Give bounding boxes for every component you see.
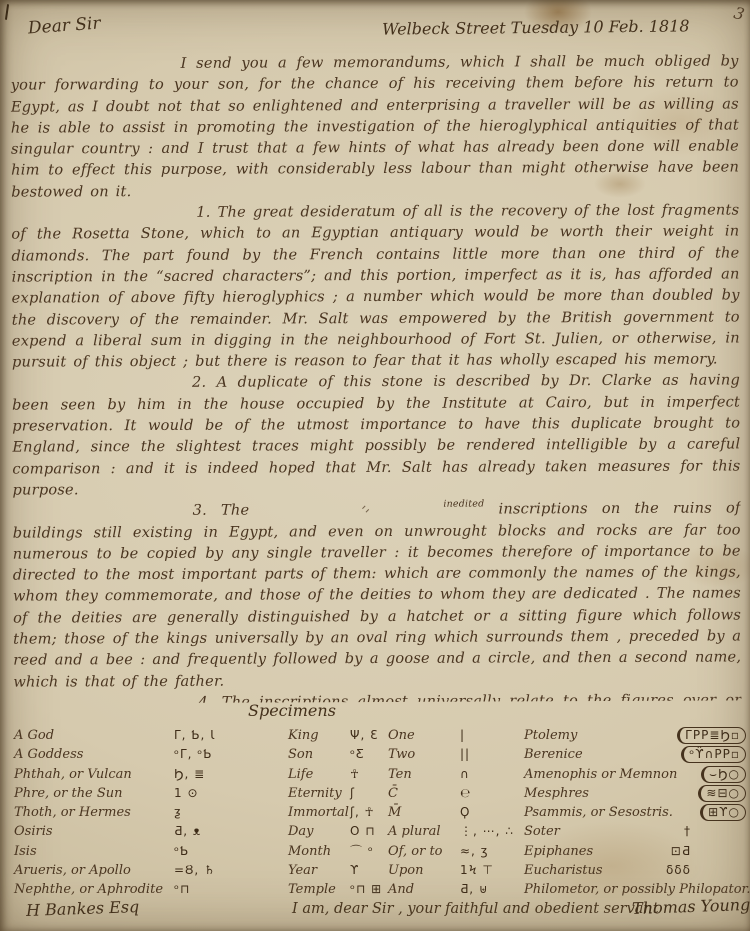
specimen-row: Of, or to≈, ʒ xyxy=(388,842,518,861)
cartouche-hieroglyphs: ᵒϔ∩ΡΡ▫ xyxy=(681,746,746,763)
specimen-label: Son xyxy=(288,745,350,764)
hieroglyph-specimen: ☥ xyxy=(350,765,360,784)
hieroglyph-specimen: ʃ, ☥ xyxy=(350,803,375,822)
hieroglyph-specimen: Ƌ, ⊎ xyxy=(460,880,489,899)
signature: Thomas Young xyxy=(632,895,750,918)
specimen-row: A GoddessᵒΓ, ᵒƄ xyxy=(14,745,286,764)
letter-page: 3 Dear Sir Welbeck Street Tuesday 10 Feb… xyxy=(0,0,750,931)
specimen-row: PtolemyΓΡΡ≣Ϧ▫ xyxy=(524,726,746,745)
paragraph: 3. The inedited inscriptions on the ruin… xyxy=(13,498,742,693)
specimen-row: M̄Ϙ xyxy=(388,803,518,822)
hieroglyph-specimen: Ψ, Ɛ xyxy=(350,726,378,745)
numbers-column: One|Two||Ten∩C̄℮M̄ϘA plural⋮, ⋯, ∴Of, or… xyxy=(388,726,518,900)
page-number: 3 xyxy=(732,3,746,24)
paragraph: 2. A duplicate of this stone is describe… xyxy=(12,370,741,501)
royal-names-column: PtolemyΓΡΡ≣Ϧ▫Bereniceᵒϔ∩ΡΡ▫Amenophis or … xyxy=(524,726,746,900)
specimen-label: Soter xyxy=(524,822,560,841)
specimen-label: Temple xyxy=(288,880,350,899)
specimen-label: Phre, or the Sun xyxy=(14,784,174,803)
specimen-label: Isis xyxy=(14,842,174,861)
specimen-row: AndƋ, ⊎ xyxy=(388,880,518,899)
hieroglyph-specimen: ʃ xyxy=(350,784,355,803)
paragraph: I send you a few memorandums, which I sh… xyxy=(11,50,740,202)
specimen-label: And xyxy=(388,880,460,899)
specimen-label: A God xyxy=(14,726,174,745)
specimen-label: Two xyxy=(388,745,460,764)
specimen-row: A GodΓ, Ƅ, Ɩ xyxy=(14,726,286,745)
specimen-label: Eucharistus xyxy=(524,861,603,880)
specimen-label: Phthah, or Vulcan xyxy=(14,765,174,784)
specimen-row: Ten∩ xyxy=(388,765,518,784)
specimen-label: Day xyxy=(288,822,350,841)
hieroglyph-specimen: ƺ xyxy=(174,803,181,822)
specimen-label: Epiphanes xyxy=(524,842,593,861)
hieroglyph-specimen: 1 ⊙ xyxy=(174,784,199,803)
hieroglyph-specimen: † xyxy=(684,822,691,841)
hieroglyph-specimen: ⋮, ⋯, ∴ xyxy=(460,822,514,841)
hieroglyph-specimen: ⌒ ᵒ xyxy=(350,842,374,861)
hieroglyph-specimen: Ϙ xyxy=(460,803,470,822)
hieroglyph-specimen: 1Ϟ ⊤ xyxy=(460,861,494,880)
specimen-label: Upon xyxy=(388,861,460,880)
interlinear-insertion: inedited xyxy=(263,505,484,506)
specimen-label: King xyxy=(288,726,350,745)
specimen-label: Immortal xyxy=(288,803,350,822)
specimen-row: Nephthe, or Aphroditeᵒ⊓ xyxy=(14,880,286,899)
specimen-label: Berenice xyxy=(524,745,583,764)
specimen-label: Eternity xyxy=(288,784,350,803)
specimen-label: Life xyxy=(288,765,350,784)
hieroglyph-specimen: O ⊓ xyxy=(350,822,376,841)
hieroglyph-specimen: ᵒ⊓ xyxy=(174,880,190,899)
hieroglyph-specimen: | xyxy=(460,726,465,745)
specimen-label: Nephthe, or Aphrodite xyxy=(14,880,174,899)
specimen-row: C̄℮ xyxy=(388,784,518,803)
addressee: H Bankes Esq xyxy=(26,897,140,920)
specimen-row: Epiphanes⊡Ƌ xyxy=(524,842,746,861)
hieroglyph-specimen: ℮ xyxy=(460,784,471,803)
deities-column: A GodΓ, Ƅ, ƖA GoddessᵒΓ, ᵒƄPhthah, or Vu… xyxy=(14,726,286,900)
specimen-row: Phthah, or VulcanϦ, ≣ xyxy=(14,765,286,784)
specimen-label: A plural xyxy=(388,822,460,841)
hieroglyph-specimen: ᵒ⊓ ⊞ xyxy=(350,880,382,899)
specimen-label: One xyxy=(388,726,460,745)
hieroglyph-specimen: ᵒΓ, ᵒƄ xyxy=(174,745,212,764)
hieroglyph-specimen: ᵒƸ xyxy=(350,745,365,764)
specimen-row: OsirisƋ, ᴥ xyxy=(14,822,286,841)
hieroglyph-specimen: ≈, ʒ xyxy=(460,842,489,861)
paragraph: 1. The great desideratum of all is the r… xyxy=(11,199,740,373)
hieroglyph-specimen: ∩ xyxy=(460,765,470,784)
specimen-label: Year xyxy=(288,861,350,880)
specimen-row: Bereniceᵒϔ∩ΡΡ▫ xyxy=(524,745,746,764)
specimen-label: Thoth, or Hermes xyxy=(14,803,174,822)
specimen-row: Soter† xyxy=(524,822,746,841)
hieroglyph-specimen: Ƌ, ᴥ xyxy=(174,822,201,841)
cartouche-hieroglyphs: ⌣Ϧ○ xyxy=(701,766,746,783)
hieroglyph-specimen: || xyxy=(460,745,470,764)
specimen-label: Arueris, or Apollo xyxy=(14,861,174,880)
specimen-row: Arueris, or Apollo=Ȣ, ♄ xyxy=(14,861,286,880)
specimen-label: A Goddess xyxy=(14,745,174,764)
salutation: Dear Sir xyxy=(27,13,101,38)
hieroglyph-specimen: δδδ xyxy=(666,861,691,880)
hieroglyph-specimen: ϒ xyxy=(350,861,359,880)
specimen-label: Month xyxy=(288,842,350,861)
specimen-row: Two|| xyxy=(388,745,518,764)
cartouche-hieroglyphs: ΓΡΡ≣Ϧ▫ xyxy=(677,727,746,744)
specimen-row: Amenophis or Memnon⌣Ϧ○ xyxy=(524,765,746,784)
specimen-label: M̄ xyxy=(388,803,460,822)
specimen-row: Phre, or the Sun1 ⊙ xyxy=(14,784,286,803)
dateline: Welbeck Street Tuesday 10 Feb. 1818 xyxy=(382,16,690,38)
hieroglyph-specimen: ᵒƄ xyxy=(174,842,189,861)
cartouche-hieroglyphs: ⊞ϒ○ xyxy=(700,804,746,821)
hieroglyph-specimen: =Ȣ, ♄ xyxy=(174,861,216,880)
specimen-row: Psammis, or Sesostris.⊞ϒ○ xyxy=(524,803,746,822)
specimen-row: Mesphres≋⊟○ xyxy=(524,784,746,803)
hieroglyph-specimen: ⊡Ƌ xyxy=(671,842,691,861)
specimen-label: Amenophis or Memnon xyxy=(524,765,677,784)
specimen-label: Ptolemy xyxy=(524,726,577,745)
hieroglyph-specimen: Ϧ, ≣ xyxy=(174,765,205,784)
specimen-row: Eucharistusδδδ xyxy=(524,861,746,880)
closing-line: I am, dear Sir , your faithful and obedi… xyxy=(292,901,659,917)
specimen-row: Thoth, or Hermesƺ xyxy=(14,803,286,822)
hieroglyph-specimen: Γ, Ƅ, Ɩ xyxy=(174,726,215,745)
specimen-row: Upon1Ϟ ⊤ xyxy=(388,861,518,880)
specimens-heading: Specimens xyxy=(248,701,336,720)
specimen-label: Ten xyxy=(388,765,460,784)
specimen-label: Osiris xyxy=(14,822,174,841)
specimen-label: Mesphres xyxy=(524,784,589,803)
specimen-row: IsisᵒƄ xyxy=(14,842,286,861)
specimen-label: Of, or to xyxy=(388,842,460,861)
specimen-label: Psammis, or Sesostris. xyxy=(524,803,673,822)
specimen-label: C̄ xyxy=(388,784,460,803)
letter-body: I send you a few memorandums, which I sh… xyxy=(11,50,742,703)
specimen-row: A plural⋮, ⋯, ∴ xyxy=(388,822,518,841)
specimen-row: One| xyxy=(388,726,518,745)
cartouche-hieroglyphs: ≋⊟○ xyxy=(698,785,746,802)
stray-ink-mark xyxy=(5,4,9,20)
